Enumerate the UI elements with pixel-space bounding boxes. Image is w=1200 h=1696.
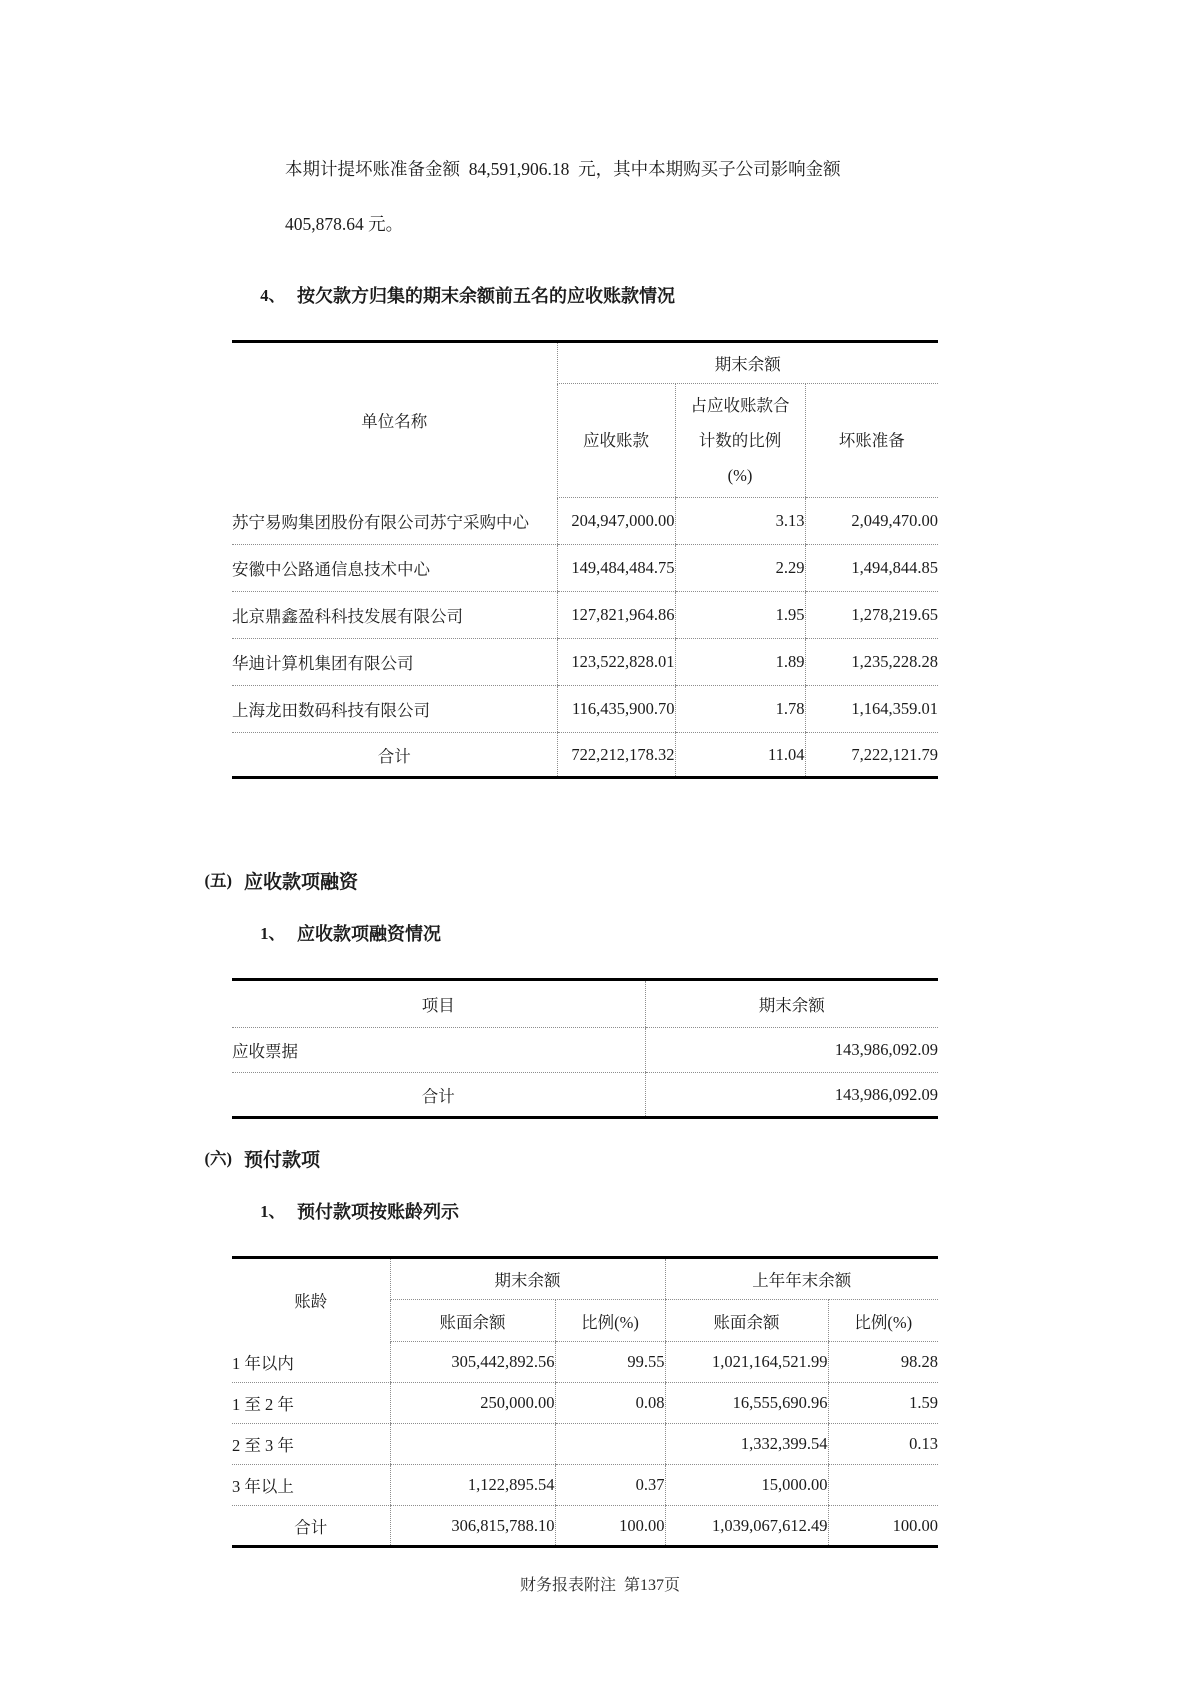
book-balance-cell: 250,000.00 [390, 1383, 555, 1424]
total-label: 合计 [232, 733, 557, 778]
table1-header-closing-balance-group: 期末余额 [557, 342, 938, 384]
company-name-cell: 苏宁易购集团股份有限公司苏宁采购中心 [232, 498, 557, 545]
item-name-cell: 应收票据 [232, 1028, 645, 1073]
book-balance-cell: 305,442,892.56 [390, 1342, 555, 1383]
intro-line-2: 405,878.64 元。 [285, 197, 970, 252]
table3-header-closing-balance-group: 期末余额 [390, 1258, 665, 1300]
section-4-heading: 4、 按欠款方归集的期末余额前五名的应收账款情况 [232, 282, 1200, 308]
total-ratio: 11.04 [675, 733, 805, 778]
table-row: 3 年以上 1,122,895.54 0.37 15,000.00 [232, 1465, 938, 1506]
table-row: 苏宁易购集团股份有限公司苏宁采购中心 204,947,000.00 3.13 2… [232, 498, 938, 545]
section-6-sub-number: 1、 [232, 1198, 297, 1224]
ratio-cell [555, 1424, 665, 1465]
total-ratio: 100.00 [555, 1506, 665, 1547]
table1-total-row: 合计 722,212,178.32 11.04 7,222,121.79 [232, 733, 938, 778]
section-4-title: 按欠款方归集的期末余额前五名的应收账款情况 [297, 282, 675, 308]
section-5-sub-heading: 1、 应收款项融资情况 [232, 920, 1200, 946]
table2-total-row: 合计 143,986,092.09 [232, 1073, 938, 1118]
table-row: 上海龙田数码科技有限公司 116,435,900.70 1.78 1,164,3… [232, 686, 938, 733]
table3-header-book-balance-prior: 账面余额 [665, 1300, 828, 1342]
ratio-cell: 0.37 [555, 1465, 665, 1506]
total-bad-debt: 7,222,121.79 [805, 733, 938, 778]
section-5-sub-number: 1、 [232, 920, 297, 946]
section-5-heading: (五) 应收款项融资 [165, 867, 1200, 894]
intro-paragraph: 本期计提坏账准备金额 84,591,906.18 元，其中本期购买子公司影响金额… [285, 142, 970, 252]
ratio-cell [828, 1465, 938, 1506]
prepayments-aging-table: 账龄 期末余额 上年年末余额 账面余额 比例(%) 账面余额 比例(%) 1 年… [232, 1256, 938, 1548]
book-balance-cell: 1,122,895.54 [390, 1465, 555, 1506]
table-row: 华迪计算机集团有限公司 123,522,828.01 1.89 1,235,22… [232, 639, 938, 686]
company-name-cell: 安徽中公路通信息技术中心 [232, 545, 557, 592]
section-6-title: 预付款项 [244, 1145, 320, 1172]
section-6-number: (六) [165, 1145, 244, 1172]
section-6-sub-heading: 1、 预付款项按账龄列示 [232, 1198, 1200, 1224]
intro-line-1: 本期计提坏账准备金额 84,591,906.18 元，其中本期购买子公司影响金额 [285, 142, 970, 197]
bad-debt-cell: 1,164,359.01 [805, 686, 938, 733]
book-balance-cell [390, 1424, 555, 1465]
amount-cell: 127,821,964.86 [557, 592, 675, 639]
table3-header-prior-year-group: 上年年末余额 [665, 1258, 938, 1300]
bad-debt-cell: 2,049,470.00 [805, 498, 938, 545]
section-6-sub-title: 预付款项按账龄列示 [297, 1198, 459, 1224]
table1-header-bad-debt-provision: 坏账准备 [805, 384, 938, 498]
company-name-cell: 北京鼎鑫盈科科技发展有限公司 [232, 592, 557, 639]
table1-header-accounts-receivable: 应收账款 [557, 384, 675, 498]
section-5-sub-title: 应收款项融资情况 [297, 920, 441, 946]
amount-cell: 123,522,828.01 [557, 639, 675, 686]
amount-cell: 143,986,092.09 [645, 1028, 938, 1073]
bad-debt-cell: 1,278,219.65 [805, 592, 938, 639]
aging-label-cell: 1 年以内 [232, 1342, 390, 1383]
book-balance-cell: 1,332,399.54 [665, 1424, 828, 1465]
ratio-cell: 1.89 [675, 639, 805, 686]
book-balance-cell: 15,000.00 [665, 1465, 828, 1506]
table-row: 安徽中公路通信息技术中心 149,484,484.75 2.29 1,494,8… [232, 545, 938, 592]
ratio-cell: 1.59 [828, 1383, 938, 1424]
ratio-cell: 99.55 [555, 1342, 665, 1383]
total-ratio: 100.00 [828, 1506, 938, 1547]
aging-label-cell: 1 至 2 年 [232, 1383, 390, 1424]
book-balance-cell: 16,555,690.96 [665, 1383, 828, 1424]
ratio-cell: 0.08 [555, 1383, 665, 1424]
table1-header-ratio: 占应收账款合 计数的比例 (%) [675, 384, 805, 498]
table-row: 1 年以内 305,442,892.56 99.55 1,021,164,521… [232, 1342, 938, 1383]
table3-header-aging: 账龄 [232, 1258, 390, 1342]
section-5-title: 应收款项融资 [244, 867, 358, 894]
ratio-cell: 3.13 [675, 498, 805, 545]
table-row: 应收票据 143,986,092.09 [232, 1028, 938, 1073]
total-amount: 143,986,092.09 [645, 1073, 938, 1118]
book-balance-cell: 1,021,164,521.99 [665, 1342, 828, 1383]
ratio-cell: 0.13 [828, 1424, 938, 1465]
table2-header-row: 项目 期末余额 [232, 980, 938, 1028]
receivables-financing-table: 项目 期末余额 应收票据 143,986,092.09 合计 143,986,0… [232, 978, 938, 1119]
total-label: 合计 [232, 1073, 645, 1118]
ratio-cell: 98.28 [828, 1342, 938, 1383]
bad-debt-cell: 1,494,844.85 [805, 545, 938, 592]
table-row: 2 至 3 年 1,332,399.54 0.13 [232, 1424, 938, 1465]
table3-header-ratio-current: 比例(%) [555, 1300, 665, 1342]
ratio-cell: 2.29 [675, 545, 805, 592]
total-amount: 722,212,178.32 [557, 733, 675, 778]
table2-header-closing-balance: 期末余额 [645, 980, 938, 1028]
table-row: 1 至 2 年 250,000.00 0.08 16,555,690.96 1.… [232, 1383, 938, 1424]
table2-header-item: 项目 [232, 980, 645, 1028]
total-book-balance: 306,815,788.10 [390, 1506, 555, 1547]
table3-header-book-balance-current: 账面余额 [390, 1300, 555, 1342]
ratio-cell: 1.95 [675, 592, 805, 639]
table-row: 北京鼎鑫盈科科技发展有限公司 127,821,964.86 1.95 1,278… [232, 592, 938, 639]
table3-total-row: 合计 306,815,788.10 100.00 1,039,067,612.4… [232, 1506, 938, 1547]
table1-group-header-row: 单位名称 期末余额 [232, 342, 938, 384]
section-6-heading: (六) 预付款项 [165, 1145, 1200, 1172]
total-label: 合计 [232, 1506, 390, 1547]
aging-label-cell: 3 年以上 [232, 1465, 390, 1506]
bad-debt-cell: 1,235,228.28 [805, 639, 938, 686]
aging-label-cell: 2 至 3 年 [232, 1424, 390, 1465]
amount-cell: 204,947,000.00 [557, 498, 675, 545]
total-book-balance: 1,039,067,612.49 [665, 1506, 828, 1547]
company-name-cell: 上海龙田数码科技有限公司 [232, 686, 557, 733]
table3-header-ratio-prior: 比例(%) [828, 1300, 938, 1342]
amount-cell: 149,484,484.75 [557, 545, 675, 592]
company-name-cell: 华迪计算机集团有限公司 [232, 639, 557, 686]
page-footer: 财务报表附注 第137页 [0, 1572, 1200, 1595]
top5-receivables-table: 单位名称 期末余额 应收账款 占应收账款合 计数的比例 (%) 坏账准备 苏宁易… [232, 340, 938, 779]
amount-cell: 116,435,900.70 [557, 686, 675, 733]
table3-group-header-row: 账龄 期末余额 上年年末余额 [232, 1258, 938, 1300]
document-page: 本期计提坏账准备金额 84,591,906.18 元，其中本期购买子公司影响金额… [0, 0, 1200, 1696]
section-5-number: (五) [165, 867, 244, 894]
table1-header-unit-name: 单位名称 [232, 342, 557, 498]
section-4-number: 4、 [232, 282, 297, 308]
ratio-cell: 1.78 [675, 686, 805, 733]
